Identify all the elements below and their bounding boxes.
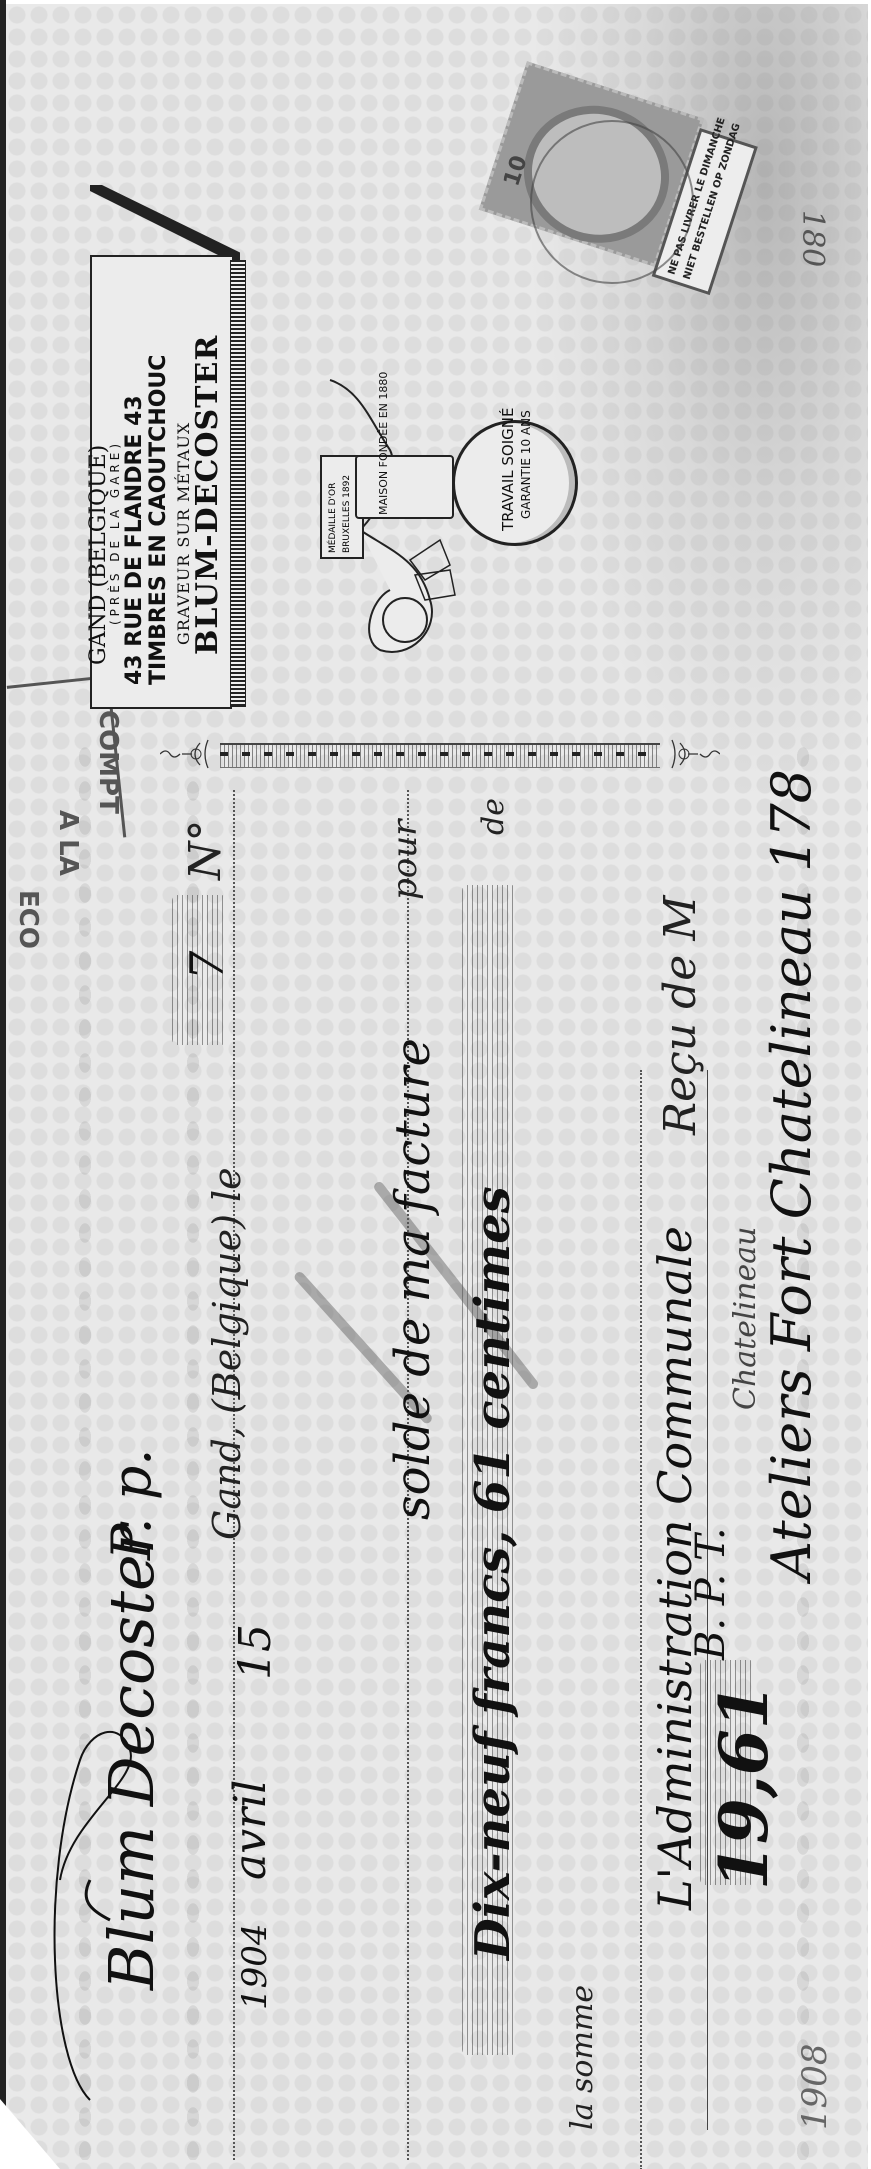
amount-figure: 19,61: [705, 1683, 783, 1890]
amount-in-words: Dix-neuf francs, 61 centimes: [465, 1186, 521, 1960]
place-label: Gand, (Belgique) le: [205, 1167, 249, 1540]
stamp-line: COMPT: [93, 710, 123, 814]
stamp-line: ECO: [13, 890, 43, 949]
globe-line2: GARANTIE 10 ANS: [519, 410, 533, 519]
column-banner: MAISON FONDÉE EN 1880: [355, 455, 454, 519]
label-pour: pour: [385, 820, 425, 900]
company-address: 43 RUE DE FLANDRE 43: [122, 395, 147, 685]
date-day: 15: [230, 1624, 281, 1680]
year-annotation: 1908: [795, 2043, 835, 2130]
globe-ornament: TRAVAIL SOIGNÉ GARANTIE 10 ANS: [452, 420, 578, 546]
company-city: GAND (BELGIQUE): [86, 445, 111, 665]
flourish-right-icon: [660, 735, 720, 773]
medal-line1: MÉDAILLE D'OR: [328, 483, 338, 553]
globe-line1: TRAVAIL SOIGNÉ: [499, 408, 517, 531]
issuer-address: Ateliers Fort Chatelineau 178: [760, 769, 823, 1580]
divider-chain: [220, 752, 660, 756]
date-year: 1904: [235, 1923, 275, 2010]
company-trade: GRAVEUR SUR MÉTAUX: [174, 422, 193, 645]
signature-flourish-icon: [30, 1580, 170, 2140]
issuer-address-town: Chatelineau: [728, 1227, 763, 1410]
postmark-circle: [530, 120, 694, 284]
plate-edge: [230, 260, 246, 707]
label-recu: Reçu de M: [655, 896, 706, 1135]
label-numero: N°: [180, 820, 231, 881]
company-name: BLUM-DECOSTER: [190, 335, 225, 655]
medal-line2: BRUXELLES 1892: [342, 475, 352, 553]
archive-number: 180: [795, 210, 830, 267]
receipt-number: 7: [180, 951, 234, 980]
flourish-left-icon: [160, 735, 220, 773]
guide-line: [640, 1070, 642, 2169]
founding-inscription: MAISON FONDÉE EN 1880: [377, 372, 390, 515]
date-month: avril: [225, 1780, 276, 1880]
label-la-somme: la somme: [565, 1985, 600, 2130]
label-de: de: [476, 798, 511, 835]
payment-purpose: solde de ma facture: [385, 1038, 441, 1520]
letterhead-plate: BLUM-DECOSTER GRAVEUR SUR MÉTAUX TIMBRES…: [90, 185, 240, 705]
ornamental-divider: [160, 735, 720, 773]
plate-bevel: [90, 185, 240, 260]
stamp-line: A LA: [53, 810, 83, 876]
payer-ref: B. P. T.: [688, 1527, 734, 1660]
company-product: TIMBRES EN CAOUTCHOUC: [146, 355, 171, 685]
